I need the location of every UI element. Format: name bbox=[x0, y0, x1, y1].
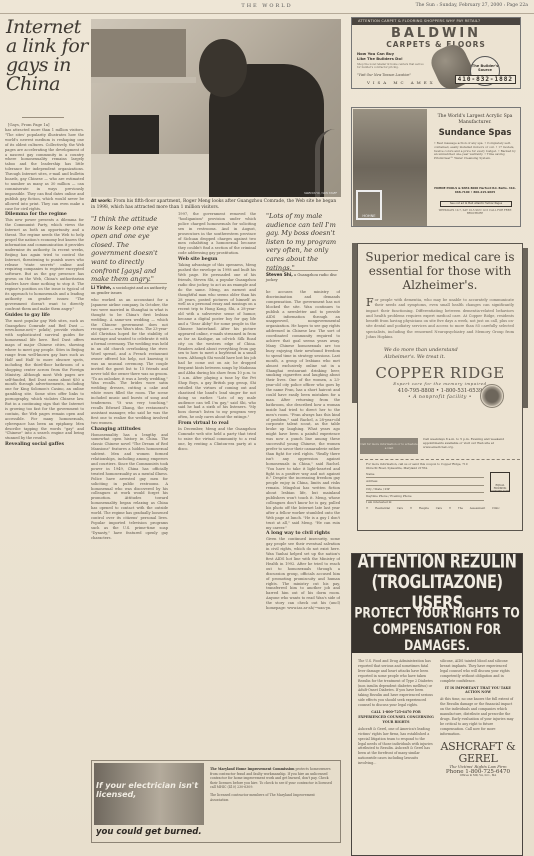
photo-caption: At work: From his fifth-floor apartment,… bbox=[91, 199, 341, 210]
ad-subhead: IT IS IMPORTANT THAT YOU TAKE ACTION NOW bbox=[440, 686, 516, 696]
baldwin-carpets-ad: ATTENTION CARPET & FLOORING SHOPPERS WHY… bbox=[351, 17, 521, 89]
body-text: 1997, the government removed the "hoolig… bbox=[178, 212, 256, 255]
ad-columns: The U.S. Food and Drug Administration ha… bbox=[352, 653, 522, 779]
ad-body: For people with dementia, who may be una… bbox=[366, 298, 514, 340]
article-column-3: 1997, the government removed the "hoolig… bbox=[178, 212, 256, 718]
firm-offices: Offices in MD, VA, D.C., MA bbox=[440, 774, 516, 779]
dateline: The Sun : Sunday, February 27, 2000 : Pa… bbox=[416, 3, 528, 8]
body-text: he accuses the ministry of discriminatio… bbox=[266, 290, 340, 480]
newspaper-page: The World The Sun : Sunday, February 27,… bbox=[0, 0, 534, 856]
ad-column-right: silicone, AIDS tainted blood and silicon… bbox=[440, 659, 516, 779]
laptop-icon bbox=[109, 115, 159, 157]
page-folio: The World The Sun : Sunday, February 27,… bbox=[0, 0, 534, 14]
ad-copy: The Maryland Home Improvement Commission… bbox=[210, 767, 334, 802]
coupon-field-city[interactable]: City / State / ZIP bbox=[366, 486, 484, 494]
ad-copy-lead: The Maryland Home Improvement Commission bbox=[210, 767, 294, 771]
body-text: who worked as an accountant for a Japane… bbox=[91, 298, 168, 425]
body-text: In December, Meng and the Guangzhou Comr… bbox=[178, 427, 256, 451]
coupon-interest: I am interested in: bbox=[366, 501, 514, 505]
divider bbox=[22, 117, 64, 118]
jump-line: [Gays, From Page 1a] bbox=[8, 122, 50, 127]
photo-desk bbox=[91, 154, 221, 197]
body-text: Given the continued insecurity, some gay… bbox=[266, 537, 340, 610]
ad-small-print: Shop the local retailer & home centers t… bbox=[357, 63, 427, 69]
ad-hours: WEEKDAYS 10-7, SAT 10-5 SUN 12-5 CALL FO… bbox=[432, 209, 518, 216]
photo-shelf bbox=[91, 77, 196, 83]
article-headline: Internet a link for gays in China bbox=[6, 18, 88, 94]
ad-brand: Sundance Spas bbox=[432, 128, 518, 138]
photo-shelf bbox=[91, 29, 186, 79]
subhead: Dilemma for the regime bbox=[5, 211, 84, 218]
ad-tagline: you could get burned. bbox=[96, 827, 202, 837]
pull-quote-attribution: Steven Shi, a Guangzhou radio disc jocke… bbox=[266, 270, 338, 282]
ad-phone: 410-832-1882 bbox=[455, 75, 516, 84]
banner-line-2: PROTECT YOUR RIGHTS TO COMPENSATION FOR … bbox=[354, 605, 520, 654]
photo-credit: MARCUS YU / SUN STAFF bbox=[304, 192, 337, 195]
body-text: The most popular gay Web sites, such as … bbox=[5, 319, 84, 441]
article-column-1: has attracted more than 1 million visito… bbox=[5, 128, 84, 846]
rezulin-legal-ad: ATTENTION REZULIN (TROGLITAZONE) USERS P… bbox=[351, 553, 523, 856]
body-text: Taking advantage of this openness, Meng … bbox=[178, 263, 256, 419]
pull-quote: "I think the attitude now is keep one ey… bbox=[91, 215, 167, 284]
copper-ridge-ad: Superior medical care is essential for t… bbox=[357, 243, 523, 531]
ad-coupon: For more information, call us or send th… bbox=[360, 459, 520, 529]
equal-housing-icon: EQUAL HOUSING OPPORTUNITY bbox=[490, 472, 510, 492]
ad-body-text: or people with dementia, who may be unab… bbox=[366, 298, 514, 339]
article-photo: MARCUS YU / SUN STAFF bbox=[91, 19, 341, 197]
ad-calltext: Call weekdays 8 a.m. to 5 p.m. Evening a… bbox=[423, 437, 519, 450]
article-column-2: who worked as an accountant for a Japane… bbox=[91, 298, 168, 718]
ad-headline: If your electrician isn't licensed, bbox=[96, 781, 202, 799]
coupon-field-address[interactable]: Address bbox=[366, 478, 484, 486]
ad-text: Ashcraft & Gerel, one of America's leadi… bbox=[358, 727, 433, 765]
firm-name: ASHCRAFT & GEREL bbox=[440, 741, 516, 765]
attribution-name: Li Yinhe, bbox=[91, 285, 111, 290]
photo-subject-head bbox=[199, 39, 247, 97]
ad-dealer: HOHNE POOLS & SPAS 8000 Harford Rd. Balt… bbox=[432, 187, 518, 194]
subhead: Changing attitudes bbox=[91, 426, 168, 433]
body-text: This new power presents a dilemma for th… bbox=[5, 218, 84, 310]
seal-icon bbox=[480, 384, 504, 408]
subhead: Guides to gay life bbox=[5, 312, 84, 319]
photo-chair bbox=[315, 129, 337, 197]
ad-column-left: The U.S. Food and Drug Administration ha… bbox=[358, 659, 434, 779]
pull-quote-attribution: Li Yinhe, a sociologist and an authority… bbox=[91, 283, 167, 295]
subhead: Web site begun bbox=[178, 256, 256, 263]
ad-footer: The licensed contractor members of The M… bbox=[210, 793, 334, 802]
ad-callbox: Call for more information or to schedule… bbox=[360, 438, 418, 454]
ad-brand: COPPER RIDGE bbox=[358, 365, 522, 381]
ad-bullets: • Best massage action of any spa. • Comp… bbox=[434, 142, 516, 161]
attribution-name: Steven Shi, bbox=[266, 272, 293, 277]
ad-call-row: Call for more information or to schedule… bbox=[358, 437, 522, 457]
body-text: Despite the increasing freedom gay peopl… bbox=[266, 476, 340, 529]
caption-lead: At work: bbox=[91, 199, 112, 204]
electrician-ad: If your electrician isn't licensed, you … bbox=[91, 760, 341, 843]
credit-card-icons: VISA MC AMEX bbox=[367, 80, 436, 85]
pull-quote: "Lots of my male audience can tell I'm g… bbox=[266, 212, 338, 272]
hohne-logo-icon: HOHNE bbox=[356, 190, 382, 220]
caption-text: From his fifth-floor apartment, Roger Me… bbox=[91, 199, 336, 210]
ad-title: The World's Largest Acrylic Spa Manufact… bbox=[432, 114, 518, 125]
ad-text: The U.S. Food and Drug Administration ha… bbox=[358, 659, 433, 707]
subhead: A long way to civil rights bbox=[266, 530, 340, 537]
body-text: Homosexuality has a lengthy and somewhat… bbox=[91, 433, 168, 540]
ad-subhead: CALL 1-800-725-6470 FOR EXPERIENCED COUN… bbox=[358, 710, 434, 725]
ad-border bbox=[523, 248, 528, 408]
sundance-spas-ad: HOHNE The World's Largest Acrylic Spa Ma… bbox=[351, 107, 521, 227]
ad-text: silicone, AIDS tainted blood and silicon… bbox=[440, 659, 510, 683]
ad-tagline: Now You Can Buy Like The Builders Do! bbox=[357, 51, 403, 61]
ad-brand: BALDWIN bbox=[352, 27, 520, 40]
ad-visit: "Visit Our New Towson Location" bbox=[357, 73, 411, 77]
ad-motto: We do more than understand Alzheimer's. … bbox=[384, 347, 469, 360]
coupon-field-name[interactable]: Name bbox=[366, 471, 484, 479]
body-text: has attracted more than 1 million visito… bbox=[5, 128, 84, 211]
ad-text: At this time, no one knows the full exte… bbox=[440, 697, 514, 735]
ad-headline: Superior medical care is essential for t… bbox=[358, 250, 522, 292]
ad-yellow-pages: See our ad in Bell Atlantic Yellow Pages bbox=[440, 201, 512, 207]
subhead: Revealing social gaffes bbox=[5, 441, 84, 448]
coupon-intro: For more information, call us or send th… bbox=[366, 463, 476, 471]
ad-banner: ATTENTION REZULIN (TROGLITAZONE) USERS P… bbox=[352, 554, 522, 653]
article-column-4: he accuses the ministry of discriminatio… bbox=[266, 290, 340, 718]
subhead: From virtual to real bbox=[178, 420, 256, 427]
ad-banner: ATTENTION CARPET & FLOORING SHOPPERS WHY… bbox=[352, 18, 520, 25]
ad-subbrand: CARPETS & FLOORS bbox=[352, 40, 520, 49]
tagline-line: Like The Builders Do! bbox=[357, 56, 403, 61]
ad-border bbox=[352, 243, 357, 403]
drop-cap: F bbox=[366, 298, 374, 308]
coupon-checkboxes[interactable]: ☐ Residential Care ☐ Respite Care ☐ The … bbox=[366, 507, 514, 510]
